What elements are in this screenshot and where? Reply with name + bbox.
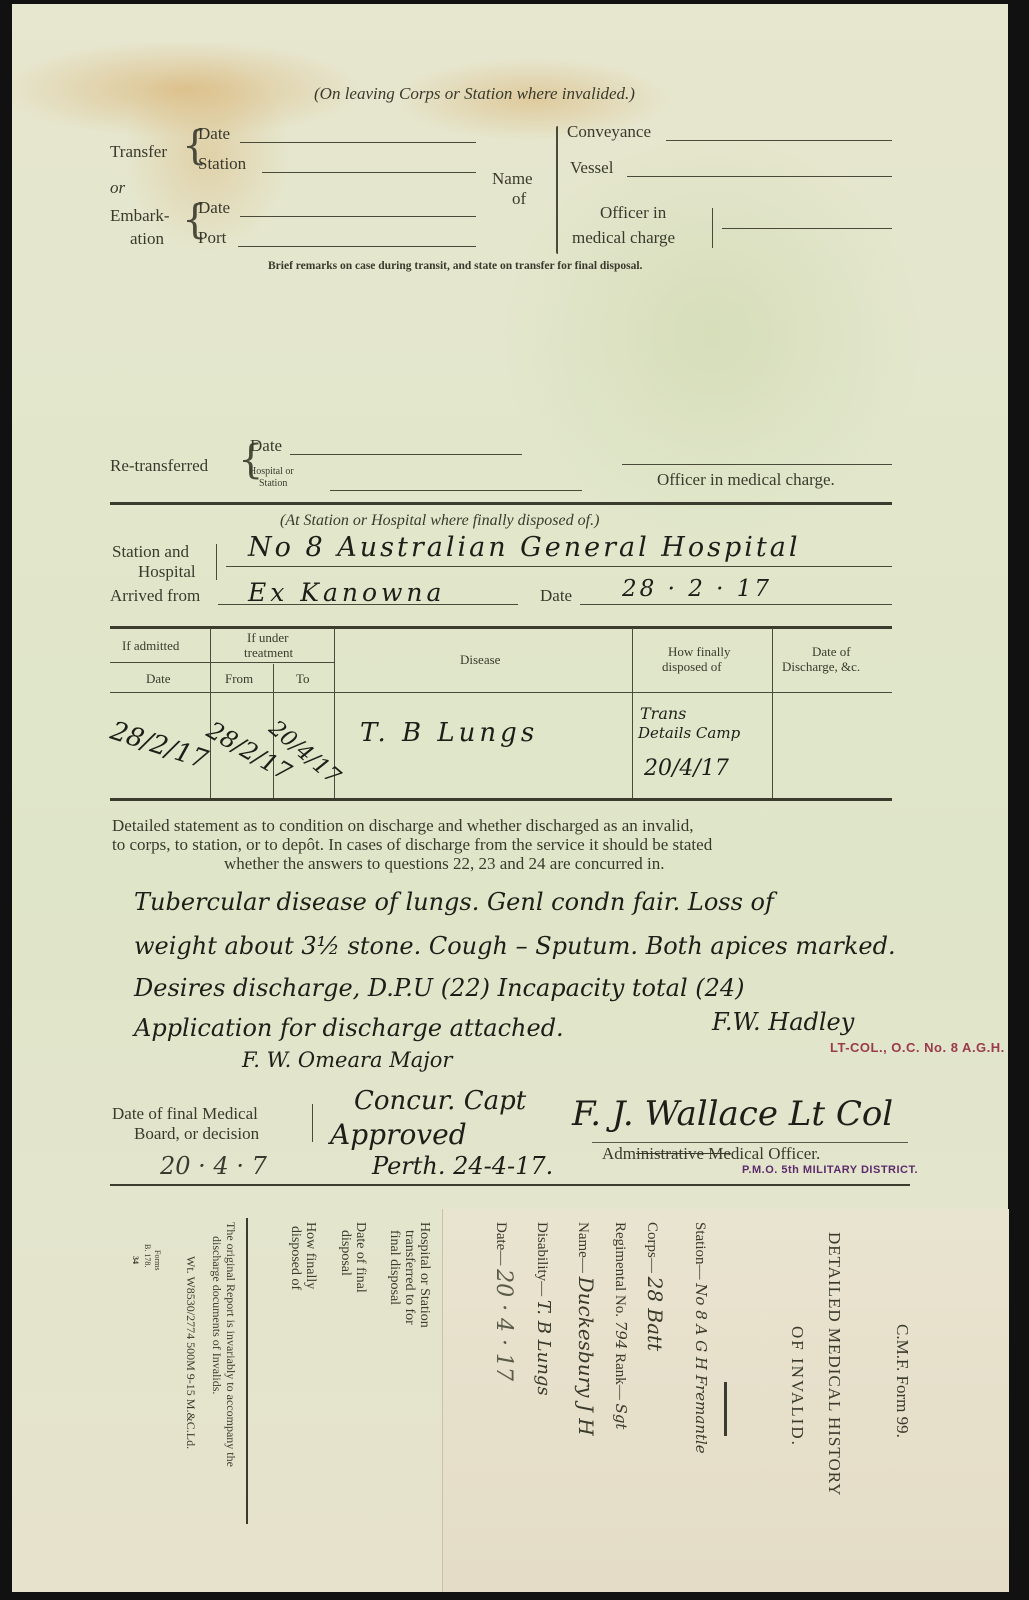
flap-date-final-1: Date of final: [352, 1222, 368, 1293]
cell-admitted-date: 28/2/17: [107, 716, 212, 776]
stamp-oc-agh: LT-COL., O.C. No. 8 A.G.H.: [830, 1040, 1005, 1055]
table-subheader-line: [110, 662, 334, 663]
signature-hadley: F.W. Hadley: [712, 1008, 854, 1036]
arrived-date-label: Date: [540, 586, 572, 606]
flap-hospital-label-3: final disposal: [386, 1230, 402, 1305]
cell-disposed-1: Trans: [640, 704, 686, 723]
embark-port-label: Port: [198, 228, 226, 248]
flap-note-2: discharge documents of Invalids.: [209, 1236, 224, 1394]
board-concur: Concur. Capt: [354, 1086, 526, 1116]
flap-forms-label: Forms: [153, 1250, 162, 1270]
arrived-date-field[interactable]: [580, 604, 892, 605]
header-if-under-1: If under: [247, 630, 289, 646]
signature-wallace: F. J. Wallace Lt Col: [572, 1094, 893, 1134]
vessel-field[interactable]: [627, 176, 892, 177]
brace-board: [312, 1104, 313, 1142]
header-date-discharge-2: Discharge, &c.: [782, 659, 860, 675]
station-hospital-label-2: Hospital: [138, 562, 196, 582]
flap-forms-num: 34: [131, 1256, 140, 1264]
section-divider-1: [110, 502, 892, 505]
flap-regimental-row: Regimental No. 794 Rank— Sgt: [611, 1222, 630, 1429]
board-officer-title: Administrative Medical Officer.: [602, 1144, 820, 1164]
cell-discharge-date[interactable]: [774, 696, 892, 796]
final-heading: (At Station or Hospital where finally di…: [280, 512, 599, 530]
retransfer-hospital-label-1: Hospital or: [249, 466, 294, 477]
officer-label-2: medical charge: [572, 228, 675, 248]
statement-instructions-1: Detailed statement as to condition on di…: [112, 816, 693, 836]
flap-vertical-rule: [246, 1218, 248, 1524]
statement-line-4: Application for discharge attached.: [134, 1014, 564, 1042]
embarkation-label-2: ation: [130, 229, 164, 249]
remarks-area[interactable]: [112, 279, 892, 429]
embark-date-label: Date: [198, 198, 230, 218]
arrived-date-value: 28 · 2 · 17: [622, 576, 772, 602]
flap-form-number: C.M.F. Form 99.: [892, 1324, 912, 1438]
medical-history-form: (On leaving Corps or Station where inval…: [12, 4, 1008, 1592]
board-date: 20 · 4 · 7: [160, 1152, 267, 1180]
table-header-bottom-line: [110, 692, 892, 693]
name-of-label-2: of: [512, 189, 526, 209]
vessel-label: Vessel: [570, 158, 613, 178]
flap-title-1: DETAILED MEDICAL HISTORY: [824, 1232, 844, 1496]
conveyance-field[interactable]: [666, 140, 892, 141]
stamp-pmo: P.M.O. 5th MILITARY DISTRICT.: [742, 1164, 918, 1176]
retransfer-officer-label: Officer in medical charge.: [657, 470, 835, 490]
header-how-disposed-2: disposed of: [662, 659, 722, 675]
flap-date-final-2: disposal: [337, 1230, 353, 1276]
retransfer-date-field[interactable]: [290, 454, 522, 455]
officer-field[interactable]: [722, 228, 892, 229]
transfer-label: Transfer: [110, 142, 167, 162]
flap-how-disposed-1: How finally: [302, 1222, 318, 1289]
header-to: To: [296, 671, 310, 687]
header-from: From: [225, 671, 253, 687]
name-of-label-1: Name: [492, 169, 533, 189]
transfer-station-field[interactable]: [262, 172, 476, 173]
retransferred-label: Re-transferred: [110, 456, 208, 476]
transfer-date-label: Date: [198, 124, 230, 144]
flap-print-info: Wt. W8530/2774 500M 9-15 M.&C.Ld.: [183, 1256, 198, 1449]
board-approved: Approved: [330, 1118, 467, 1151]
cell-disease: T. B Lungs: [360, 718, 538, 748]
flap-name-row: Name— Duckesbury J H: [574, 1222, 598, 1436]
conveyance-label: Conveyance: [567, 122, 651, 142]
statement-instructions-3: whether the answers to questions 22, 23 …: [224, 854, 664, 874]
header-how-disposed-1: How finally: [668, 644, 730, 660]
cell-disposed-3: 20/4/17: [644, 756, 729, 781]
flap-disability-row: Disability— T. B Lungs: [533, 1222, 554, 1396]
arrived-from-value: Ex Kanowna: [248, 578, 445, 607]
flap-station-row: Station— No 8 A G H Fremantle: [691, 1222, 710, 1454]
retransfer-hospital-label-2: Station: [259, 478, 287, 489]
embarkation-label-1: Embark-: [110, 206, 169, 226]
officer-label-1: Officer in: [600, 203, 666, 223]
header-if-under-2: treatment: [244, 645, 293, 661]
header-date-discharge-1: Date of: [812, 644, 851, 660]
board-place-date: Perth. 24-4-17.: [372, 1152, 553, 1180]
signature-omeara: F. W. Omeara Major: [242, 1048, 452, 1072]
transit-heading: (On leaving Corps or Station where inval…: [314, 84, 635, 104]
brace-station: [216, 544, 217, 580]
retransfer-hospital-field[interactable]: [330, 490, 582, 491]
board-label-2: Board, or decision: [134, 1124, 259, 1144]
table-col-divider-1: [210, 628, 211, 798]
station-hospital-field[interactable]: [226, 566, 892, 567]
header-disease: Disease: [460, 652, 500, 668]
flap-corps-row: Corps— 28 Batt: [643, 1222, 667, 1351]
board-label-1: Date of final Medical: [112, 1104, 258, 1124]
flap-forms-value: B. 178.: [143, 1244, 152, 1267]
arrived-from-label: Arrived from: [110, 586, 200, 606]
brace-officer: [712, 208, 713, 248]
table-col-divider-4: [632, 628, 633, 798]
station-hospital-label-1: Station and: [112, 542, 189, 562]
table-col-divider-5: [772, 628, 773, 798]
embark-date-field[interactable]: [240, 216, 476, 217]
flap-title-2: OF INVALID.: [787, 1326, 807, 1447]
transfer-date-field[interactable]: [240, 142, 476, 143]
statement-instructions-2: to corps, to station, or to depôt. In ca…: [112, 835, 712, 855]
retransfer-date-label: Date: [250, 436, 282, 456]
flap-hospital-label-1: Hospital or Station: [416, 1222, 432, 1328]
remarks-label: Brief remarks on case during transit, an…: [268, 260, 642, 272]
retransfer-officer-signature-field[interactable]: [622, 464, 892, 465]
flap-note-1: The original Report is invariably to acc…: [223, 1222, 238, 1467]
header-date: Date: [146, 671, 171, 687]
statement-line-2: weight about 3½ stone. Cough – Sputum. B…: [134, 932, 896, 960]
board-signature-line: [592, 1142, 908, 1143]
transfer-station-label: Station: [198, 154, 246, 174]
or-label: or: [110, 178, 125, 198]
section-divider-bottom: [110, 1184, 910, 1186]
statement-line-3: Desires discharge, D.P.U (22) Incapacity…: [134, 974, 745, 1002]
flap-date-row: Date— 20 · 4 · 17: [491, 1222, 516, 1381]
station-hospital-value: No 8 Australian General Hospital: [248, 532, 800, 563]
flap-short-rule: [724, 1382, 727, 1436]
cell-disposed-2: Details Camp: [638, 724, 740, 742]
flap-hospital-label-2: transferred to for: [401, 1230, 417, 1325]
brace-name-of: [556, 126, 558, 254]
flap-how-disposed-2: disposed of: [287, 1226, 303, 1290]
table-bottom-rule: [110, 798, 892, 801]
embark-port-field[interactable]: [238, 246, 476, 247]
table-top-rule: [110, 626, 892, 629]
header-if-admitted: If admitted: [122, 638, 179, 654]
statement-line-1: Tubercular disease of lungs. Genl condn …: [134, 888, 774, 916]
